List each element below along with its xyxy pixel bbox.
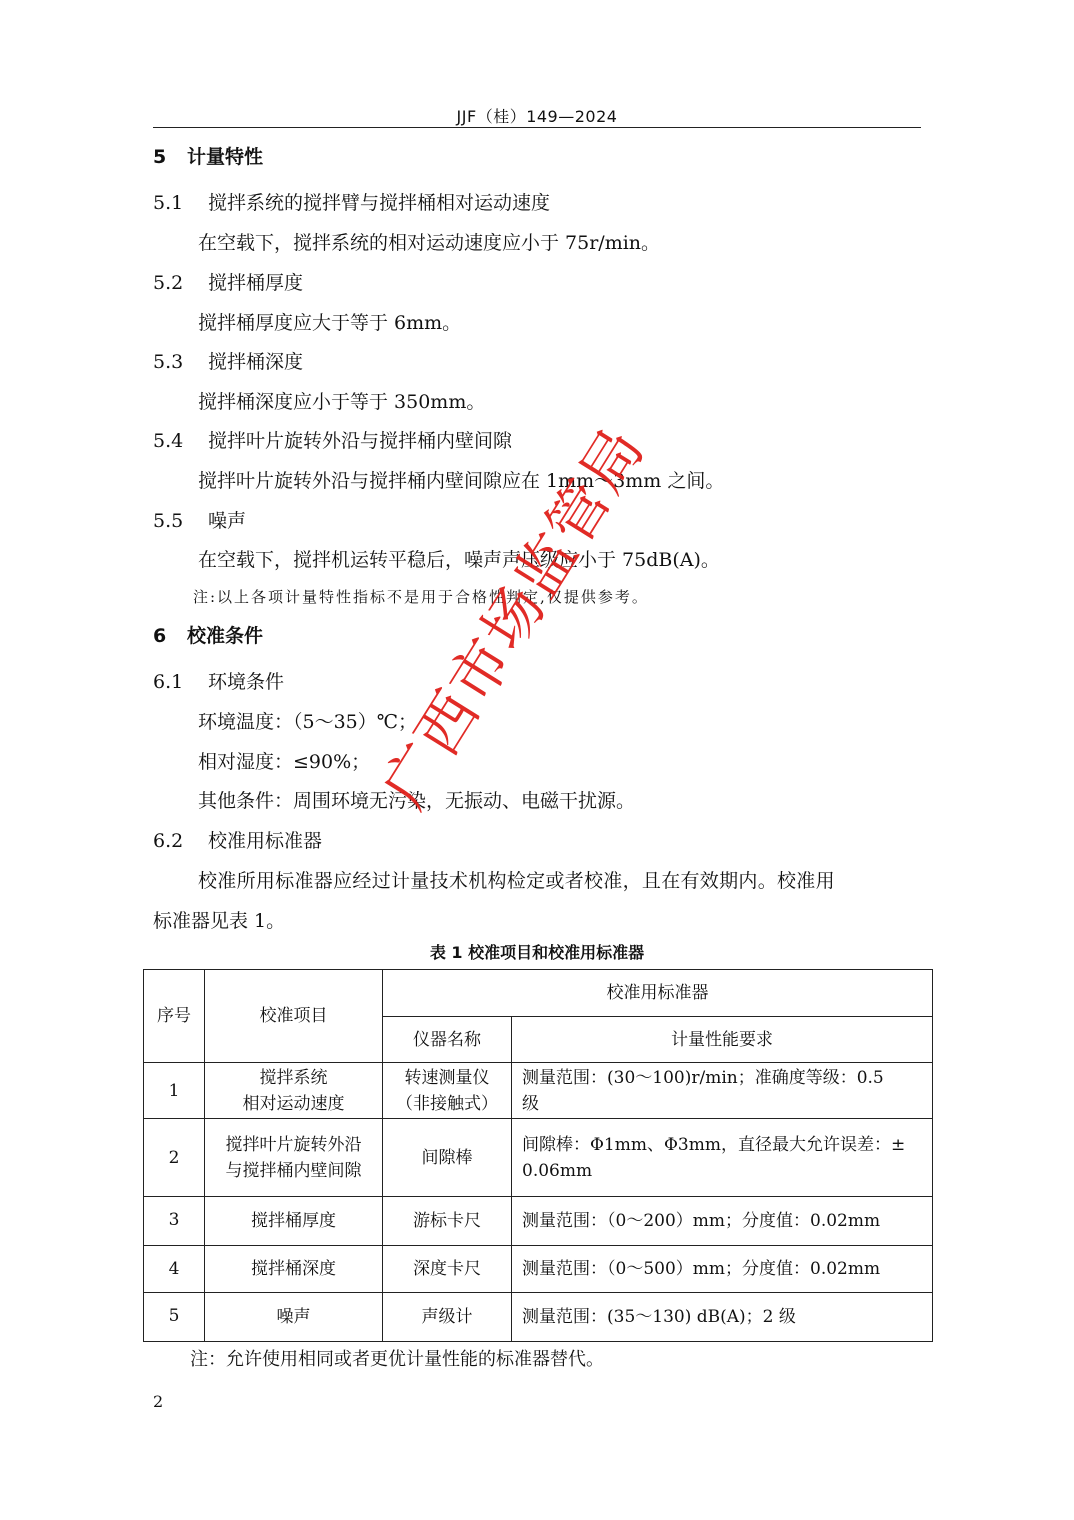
cell-instrument-line2: （非接触式） — [389, 1091, 505, 1117]
paragraph-6-2-line1: 校准所用标准器应经过计量技术机构检定或者校准，且在有效期内。校准用 — [198, 869, 835, 893]
section-title: 校准条件 — [187, 625, 263, 647]
cell-requirement-line1: 间隙棒：Φ1mm、Φ3mm，直径最大允许误差：± — [522, 1132, 924, 1158]
header-item: 校准项目 — [205, 970, 383, 1063]
subsection-number: 5.3 — [153, 350, 208, 374]
subsection-heading-5-4: 5.4搅拌叶片旋转外沿与搅拌桶内壁间隙 — [153, 429, 512, 453]
cell-requirement: 测量范围：(30～100)r/min；准确度等级：0.5级 — [512, 1063, 933, 1119]
subsection-number: 5.4 — [153, 429, 208, 453]
page-number: 2 — [153, 1392, 163, 1411]
table-caption: 表 1 校准项目和校准用标准器 — [0, 940, 1074, 963]
header-standard-group: 校准用标准器 — [383, 970, 933, 1017]
header-requirement: 计量性能要求 — [512, 1017, 933, 1063]
subsection-number: 5.5 — [153, 509, 208, 533]
subsection-heading-6-1: 6.1环境条件 — [153, 670, 284, 694]
cell-item-line2: 与搅拌桶内壁间隙 — [211, 1158, 376, 1184]
subsection-heading-5-2: 5.2搅拌桶厚度 — [153, 271, 303, 295]
subsection-title: 环境条件 — [208, 671, 284, 693]
cell-instrument: 间隙棒 — [383, 1119, 512, 1197]
table-header-row: 序号 校准项目 校准用标准器 — [144, 970, 933, 1017]
subsection-heading-5-5: 5.5噪声 — [153, 509, 246, 533]
subsection-number: 5.2 — [153, 271, 208, 295]
cell-item: 搅拌系统相对运动速度 — [205, 1063, 383, 1119]
cell-item: 搅拌叶片旋转外沿与搅拌桶内壁间隙 — [205, 1119, 383, 1197]
cell-requirement: 测量范围：（0～500）mm；分度值：0.02mm — [512, 1246, 933, 1293]
cell-requirement-line2: 级 — [522, 1091, 924, 1117]
subsection-heading-5-1: 5.1搅拌系统的搅拌臂与搅拌桶相对运动速度 — [153, 191, 550, 215]
table-row: 5 噪声 声级计 测量范围：(35～130) dB(A)；2 级 — [144, 1293, 933, 1342]
table-row: 2 搅拌叶片旋转外沿与搅拌桶内壁间隙 间隙棒 间隙棒：Φ1mm、Φ3mm，直径最… — [144, 1119, 933, 1197]
calibration-standards-table: 序号 校准项目 校准用标准器 仪器名称 计量性能要求 1 搅拌系统相对运动速度 … — [143, 969, 933, 1342]
subsection-number: 5.1 — [153, 191, 208, 215]
cell-requirement: 间隙棒：Φ1mm、Φ3mm，直径最大允许误差：±0.06mm — [512, 1119, 933, 1197]
subsection-heading-6-2: 6.2校准用标准器 — [153, 829, 322, 853]
section-number: 5 — [153, 145, 187, 169]
subsection-number: 6.2 — [153, 829, 208, 853]
paragraph-5-5: 在空载下，搅拌机运转平稳后，噪声声压级应小于 75dB(A)。 — [198, 548, 720, 572]
section-number: 6 — [153, 624, 187, 648]
table-row: 3 搅拌桶厚度 游标卡尺 测量范围：（0～200）mm；分度值：0.02mm — [144, 1197, 933, 1246]
subsection-number: 6.1 — [153, 670, 208, 694]
paragraph-6-2-line2: 标准器见表 1。 — [153, 909, 285, 933]
cell-instrument-line1: 转速测量仪 — [389, 1065, 505, 1091]
cell-seq: 3 — [144, 1197, 205, 1246]
subsection-title: 搅拌桶深度 — [208, 351, 303, 373]
cell-requirement-line1: 测量范围：(30～100)r/min；准确度等级：0.5 — [522, 1065, 924, 1091]
subsection-title: 搅拌系统的搅拌臂与搅拌桶相对运动速度 — [208, 192, 550, 214]
cell-item-line2: 相对运动速度 — [211, 1091, 376, 1117]
paragraph-5-3: 搅拌桶深度应小于等于 350mm。 — [198, 390, 485, 414]
paragraph-5-2: 搅拌桶厚度应大于等于 6mm。 — [198, 311, 461, 335]
table-note: 注：允许使用相同或者更优计量性能的标准器替代。 — [190, 1348, 604, 1372]
subsection-title: 搅拌叶片旋转外沿与搅拌桶内壁间隙 — [208, 430, 512, 452]
cell-item-line1: 搅拌系统 — [211, 1065, 376, 1091]
cell-requirement: 测量范围：（0～200）mm；分度值：0.02mm — [512, 1197, 933, 1246]
header-instrument: 仪器名称 — [383, 1017, 512, 1063]
cell-item-line1: 搅拌叶片旋转外沿 — [211, 1132, 376, 1158]
section-title: 计量特性 — [187, 146, 263, 168]
section-heading-5: 5计量特性 — [153, 145, 263, 169]
cell-seq: 2 — [144, 1119, 205, 1197]
header-divider — [153, 127, 921, 128]
section-5-note: 注:以上各项计量特性指标不是用于合格性判定,仅提供参考。 — [193, 585, 649, 609]
cell-instrument: 游标卡尺 — [383, 1197, 512, 1246]
cell-instrument: 转速测量仪（非接触式） — [383, 1063, 512, 1119]
env-temperature: 环境温度：（5～35）℃； — [198, 710, 417, 734]
section-heading-6: 6校准条件 — [153, 624, 263, 648]
cell-seq: 1 — [144, 1063, 205, 1119]
cell-instrument: 声级计 — [383, 1293, 512, 1342]
subsection-title: 搅拌桶厚度 — [208, 272, 303, 294]
paragraph-5-1: 在空载下，搅拌系统的相对运动速度应小于 75r/min。 — [198, 231, 660, 255]
cell-seq: 5 — [144, 1293, 205, 1342]
cell-item: 搅拌桶厚度 — [205, 1197, 383, 1246]
env-humidity: 相对湿度：≤90%； — [198, 750, 370, 774]
cell-item: 噪声 — [205, 1293, 383, 1342]
cell-instrument: 深度卡尺 — [383, 1246, 512, 1293]
cell-seq: 4 — [144, 1246, 205, 1293]
cell-requirement-line2: 0.06mm — [522, 1158, 924, 1184]
cell-requirement: 测量范围：(35～130) dB(A)；2 级 — [512, 1293, 933, 1342]
subsection-title: 校准用标准器 — [208, 830, 322, 852]
table-row: 4 搅拌桶深度 深度卡尺 测量范围：（0～500）mm；分度值：0.02mm — [144, 1246, 933, 1293]
header-seq: 序号 — [144, 970, 205, 1063]
subsection-heading-5-3: 5.3搅拌桶深度 — [153, 350, 303, 374]
subsection-title: 噪声 — [208, 510, 246, 532]
running-header: JJF（桂）149—2024 — [0, 104, 1074, 127]
table-row: 1 搅拌系统相对运动速度 转速测量仪（非接触式） 测量范围：(30～100)r/… — [144, 1063, 933, 1119]
cell-item: 搅拌桶深度 — [205, 1246, 383, 1293]
